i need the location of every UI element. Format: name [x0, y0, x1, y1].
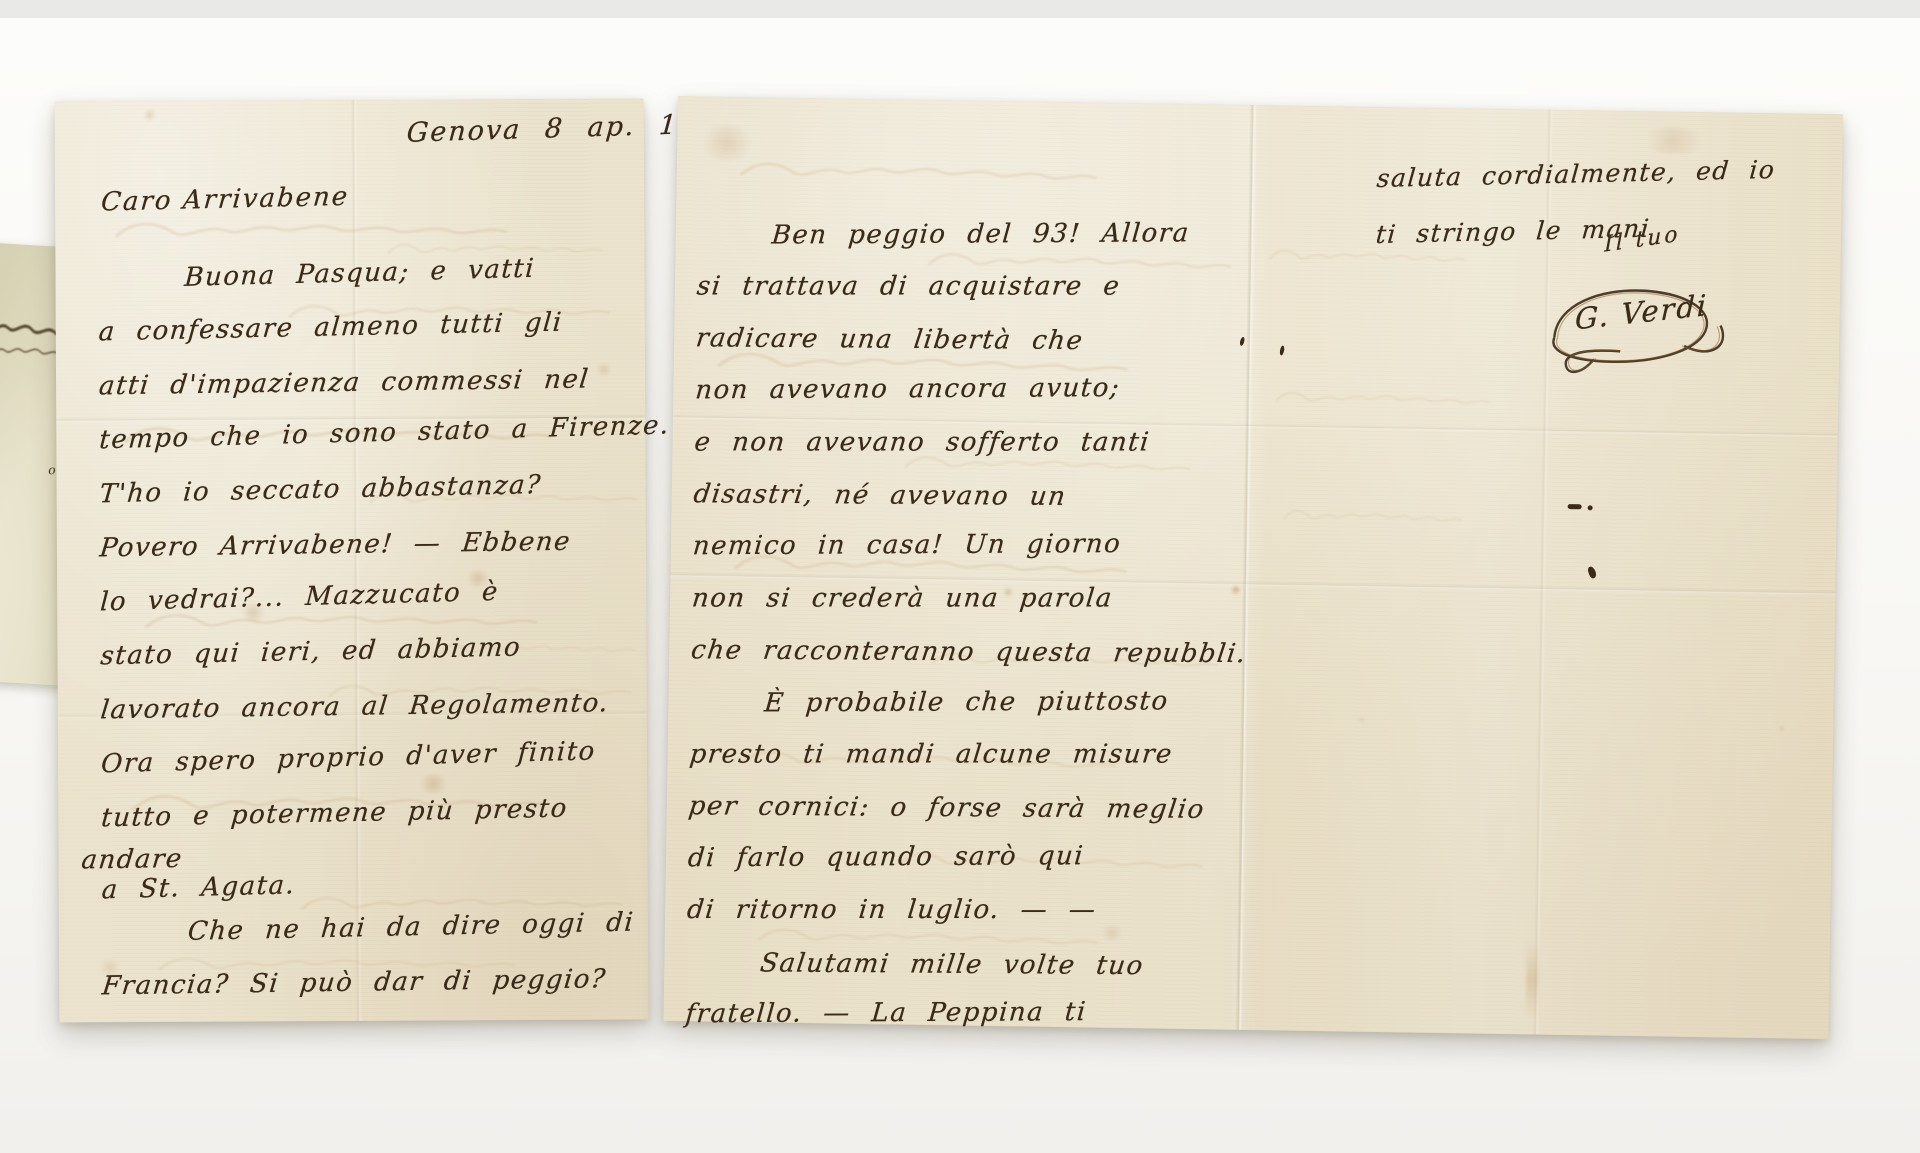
handwriting-line: non avevano ancora avuto;	[693, 361, 1267, 416]
handwriting-line: Francia? Si può dar di peggio?	[99, 951, 675, 1013]
handwriting-line: e non avevano sofferto tanti	[692, 416, 1267, 468]
handwriting-line: Ben peggio del 93! Allora	[770, 207, 1270, 262]
ink-mark	[1568, 504, 1582, 509]
ink-mark	[1279, 345, 1285, 356]
handwriting-line: tutto e potermene più presto	[99, 779, 674, 845]
handwriting-line: non si crederà una parola	[689, 572, 1264, 624]
handwriting-line: si trattava di acquistare e	[694, 260, 1269, 312]
handwriting-line: saluta cordialmente, ed io	[1374, 142, 1777, 207]
handwriting-line: di ritorno in luglio. — —	[684, 884, 1259, 936]
handwriting-line: radicare una libertà che	[693, 312, 1270, 368]
handwriting-line: nemico in casa! Un giorno	[691, 517, 1265, 572]
handwriting-line: È probabile che piuttosto	[762, 675, 1262, 730]
page2-text-block: Ben peggio del 93! Allora si trattava di…	[685, 208, 1268, 1049]
handwriting-line: fratello. — La Peppina ti	[683, 985, 1257, 1040]
salutation: Caro Arrivabene	[100, 182, 350, 218]
letter-page-1: Genova 8 ap. 1871 Caro Arrivabene Buona …	[55, 98, 649, 1022]
letter-pages-2-3: Ben peggio del 93! Allora si trattava di…	[663, 96, 1842, 1039]
page1-text-block: Buona Pasqua; e vatti a confessare almen…	[98, 248, 673, 1013]
handwriting-line: per cornici: o forse sarà meglio	[685, 780, 1262, 836]
ink-mark	[1587, 566, 1597, 580]
handwriting-line: disastri, né avevano un	[690, 468, 1267, 524]
foxing-spot	[1778, 725, 1785, 731]
handwriting-line: stato qui ieri, ed abbiamo	[98, 617, 673, 683]
handwriting-line: Salutami mille volte tuo	[757, 937, 1260, 992]
handwriting-line: di farlo quando sarò qui	[686, 829, 1260, 884]
signature-block: G. Verdi	[1522, 247, 1744, 390]
handwriting-line: a confessare almeno tutti gli	[97, 293, 672, 359]
handwriting-line: presto ti mandi alcune misure	[687, 728, 1262, 780]
fold-stain-streak	[1526, 939, 1539, 1019]
foxing-spot	[1358, 717, 1365, 723]
photograph-of-handwritten-letter: mande rrait l'attend anne j'avoue ous. E…	[0, 18, 1920, 1153]
handwriting-line: T'ho io seccato abbastanza?	[97, 455, 672, 521]
edge-stain	[697, 124, 758, 161]
handwriting-line: Che ne hai da dire oggi di	[186, 895, 675, 959]
foxing-spot	[143, 109, 157, 121]
handwriting-line: che racconteranno questa repubbli.	[688, 624, 1265, 680]
ink-mark	[1588, 505, 1593, 510]
